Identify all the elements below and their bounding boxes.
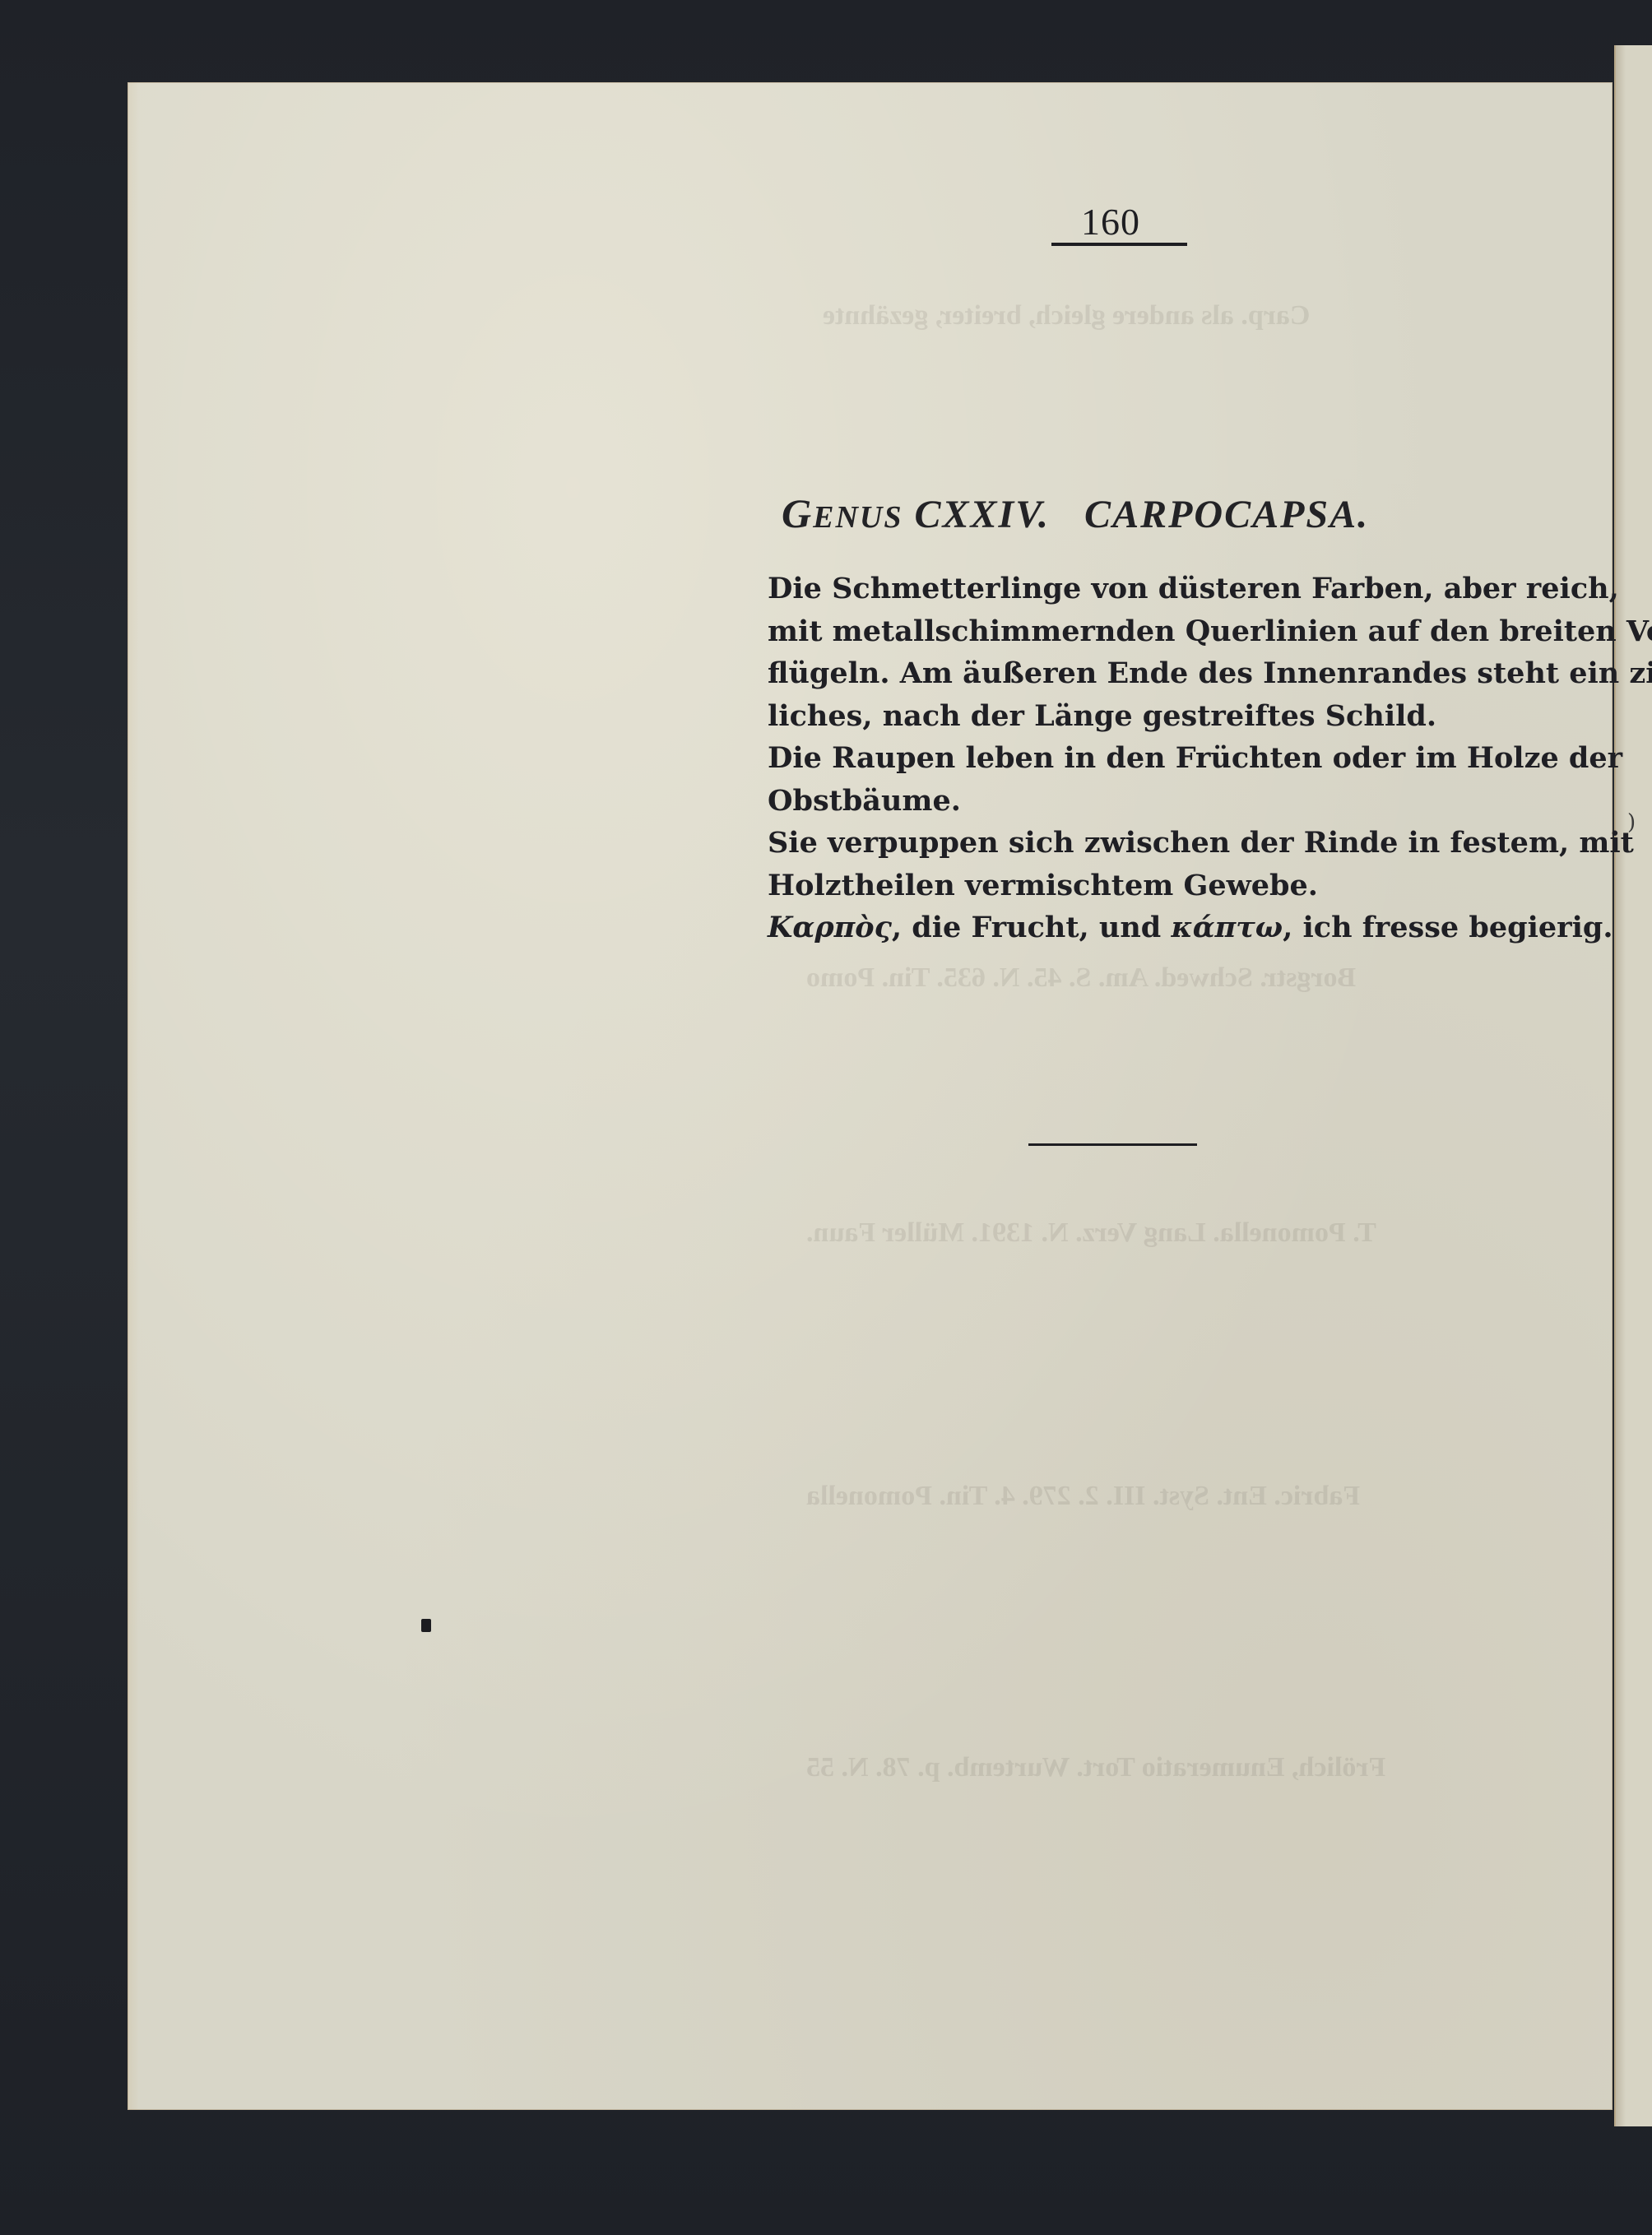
ink-speck (421, 1619, 431, 1632)
description-text: Die Schmetterlinge von düsteren Farben, … (768, 568, 1545, 949)
paragraph-1-line-1: Die Schmetterlinge von düsteren Farben, … (768, 568, 1545, 610)
book-page (128, 82, 1613, 2110)
genus-label-rest: ENUS (813, 500, 903, 535)
etymology-text-2: , ich fresse begierig. (1283, 911, 1613, 944)
show-through-text: T. Pomonella. Lang Verz. N. 1391. Müller… (806, 1217, 1376, 1249)
paragraph-1-line-2: mit metallschimmernden Querlinien auf de… (768, 610, 1545, 653)
paragraph-3-line-1: Sie verpuppen sich zwischen der Rinde in… (768, 822, 1545, 865)
greek-word-karpos: Καρπὸς (768, 911, 892, 944)
genus-name: CARPOCAPSA. (1084, 493, 1369, 536)
paragraph-2-line-2: Obstbäume. (768, 780, 1545, 823)
section-separator-rule (1028, 1143, 1197, 1146)
etymology-text-1: , die Frucht, und (892, 911, 1172, 944)
paragraph-3-line-2: Holztheilen vermischtem Gewebe. (768, 865, 1545, 907)
text-line: Die Schmetterlinge von düsteren Farben, … (768, 568, 1619, 610)
paragraph-1-line-4: liches, nach der Länge gestreiftes Schil… (768, 695, 1545, 738)
page-number: 160 (1049, 200, 1172, 243)
greek-word-kapto: κάπτω (1171, 911, 1283, 944)
header-rule (1051, 243, 1187, 246)
adjacent-page-edge (1614, 45, 1652, 2126)
show-through-text: Borgstr. Schwed. Am. S. 45. N. 635. Tin.… (806, 962, 1356, 994)
paragraph-2-line-1: Die Raupen leben in den Früchten oder im… (768, 737, 1545, 780)
genus-heading: GENUS CXXIV.CARPOCAPSA. (782, 489, 1369, 537)
paragraph-1-line-3: flügeln. Am äußeren Ende des Innenrandes… (768, 652, 1545, 695)
show-through-text: Carp. als andere gleich, breiter, gezähn… (823, 300, 1310, 332)
genus-numeral: CXXIV. (914, 493, 1050, 536)
etymology-line: Καρπὸς, die Frucht, und κάπτω, ich fress… (768, 907, 1545, 949)
genus-label-initial: G (782, 490, 813, 536)
show-through-text: Fabric. Ent. Syst. III. 2. 279. 4. Tin. … (806, 1481, 1360, 1512)
show-through-text: Frölich, Enumeratio Tort. Wurtemb. p. 78… (806, 1752, 1385, 1783)
